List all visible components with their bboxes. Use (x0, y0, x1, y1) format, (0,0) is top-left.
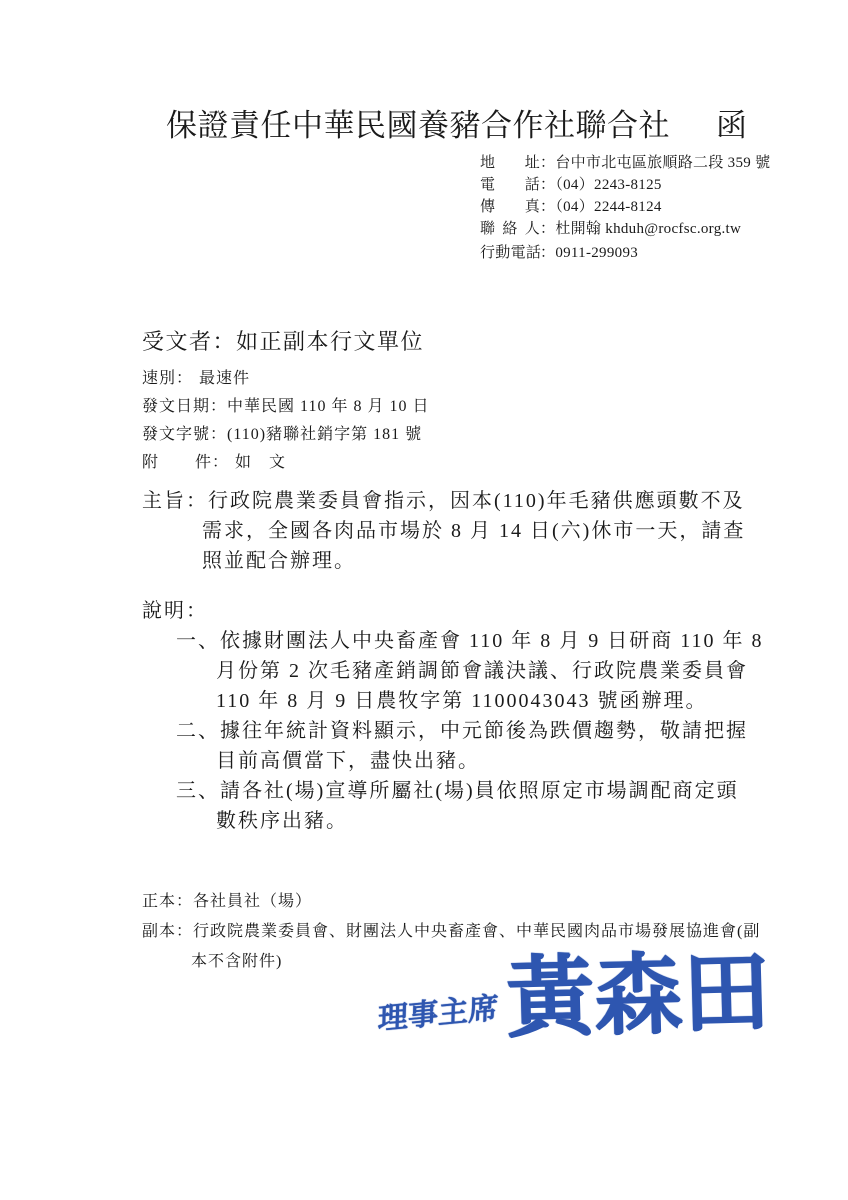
explanation-item-3: 三、請各社(場)宣導所屬社(場)員依照原定市場調配商定頭 (142, 776, 764, 806)
contact-row-person: 聯絡人：杜開翰 khduh@rocfsc.org.tw (480, 218, 770, 240)
colon: ： (176, 923, 193, 940)
contact-value: 杜開翰 khduh@rocfsc.org.tw (555, 221, 741, 237)
copies-original-value: 各社員社（場） (193, 893, 312, 910)
contact-row-mobile: 行動電話：0911-299093 (480, 242, 770, 264)
colon: ： (213, 329, 237, 354)
meta-label: 發文字號 (142, 426, 210, 443)
meta-row-attachment: 附件：如 文 (142, 449, 429, 477)
meta-value: 最速件 (199, 370, 250, 387)
signature-title: 理事主席 (377, 982, 499, 1037)
item-line: 月份第 2 次毛豬產銷調節會議決議、行政院農業委員會 (142, 656, 764, 686)
contact-row-address: 地址：台中市北屯區旅順路二段 359 號 (480, 152, 770, 174)
item-marker: 二、 (176, 720, 220, 742)
meta-value: 如 文 (235, 454, 286, 471)
recipient-value: 如正副本行文單位 (236, 329, 424, 354)
subject-line: 照並配合辦理。 (142, 546, 745, 576)
copies-original: 正本：各社員社（場） (142, 887, 760, 917)
explanation-section: 說明： 一、依據財團法人中央畜產會 110 年 8 月 9 日研商 110 年 … (142, 596, 764, 836)
item-line: 據往年統計資料顯示，中元節後為跌價趨勢，敬請把握 (220, 720, 748, 742)
colon: ： (212, 454, 229, 471)
contact-block: 地址：台中市北屯區旅順路二段 359 號 電話：（04）2243-8125 傳真… (480, 152, 770, 264)
meta-label: 發文日期 (142, 398, 210, 415)
meta-row-doc-no: 發文字號：(110)豬聯社銷字第 181 號 (142, 421, 429, 449)
meta-value: 中華民國 110 年 8 月 10 日 (227, 398, 429, 415)
meta-value: (110)豬聯社銷字第 181 號 (227, 426, 422, 443)
recipient-label: 受文者 (142, 329, 213, 354)
item-line: 目前高價當下，盡快出豬。 (142, 746, 764, 776)
item-marker: 三、 (176, 780, 220, 802)
colon: ： (540, 199, 555, 215)
colon: ： (176, 370, 193, 387)
subject-label: 主旨 (142, 490, 186, 512)
subject-line: 主旨：行政院農業委員會指示，因本(110)年毛豬供應頭數不及 (142, 486, 745, 516)
item-line: 110 年 8 月 9 日農牧字第 1100043043 號函辦理。 (142, 686, 764, 716)
letter-title: 保證責任中華民國養豬合作社聯合社函 (166, 106, 748, 146)
doc-type-label: 函 (716, 108, 748, 143)
meta-row-date: 發文日期：中華民國 110 年 8 月 10 日 (142, 393, 429, 421)
meta-block: 速別：最速件 發文日期：中華民國 110 年 8 月 10 日 發文字號：(11… (142, 365, 429, 477)
contact-label: 聯絡人 (480, 218, 540, 240)
letter-page: 保證責任中華民國養豬合作社聯合社函 地址：台中市北屯區旅順路二段 359 號 電… (0, 0, 848, 1200)
item-line: 請各社(場)宣導所屬社(場)員依照原定市場調配商定頭 (220, 780, 739, 802)
colon: ： (540, 245, 555, 261)
contact-row-phone: 電話：（04）2243-8125 (480, 174, 770, 196)
meta-label: 附件 (142, 449, 212, 477)
colon: ： (540, 155, 555, 171)
colon: ： (186, 490, 208, 512)
subject-section: 主旨：行政院農業委員會指示，因本(110)年毛豬供應頭數不及 需求，全國各肉品市… (142, 486, 745, 576)
contact-value: 0911-299093 (555, 245, 638, 261)
item-marker: 一、 (176, 630, 220, 652)
explanation-label: 說明 (142, 600, 186, 622)
copies-cc-label: 副本 (142, 923, 176, 940)
colon: ： (176, 893, 193, 910)
colon: ： (210, 398, 227, 415)
meta-row-speed: 速別：最速件 (142, 365, 429, 393)
org-name: 保證責任中華民國養豬合作社聯合社 (166, 108, 670, 143)
contact-label: 電話 (480, 174, 540, 196)
explanation-item-2: 二、據往年統計資料顯示，中元節後為跌價趨勢，敬請把握 (142, 716, 764, 746)
colon: ： (186, 600, 208, 622)
signature-stamp: 理事主席 黃森田 (377, 943, 772, 1054)
contact-value: 台中市北屯區旅順路二段 359 號 (555, 155, 770, 171)
contact-label: 行動電話 (480, 242, 540, 264)
colon: ： (540, 177, 555, 193)
item-line: 依據財團法人中央畜產會 110 年 8 月 9 日研商 110 年 8 (220, 630, 764, 652)
contact-label: 傳真 (480, 196, 540, 218)
contact-row-fax: 傳真：（04）2244-8124 (480, 196, 770, 218)
subject-text: 行政院農業委員會指示，因本(110)年毛豬供應頭數不及 (208, 490, 745, 512)
contact-value: （04）2244-8124 (555, 199, 661, 215)
explanation-heading: 說明： (142, 596, 764, 626)
explanation-item-1: 一、依據財團法人中央畜產會 110 年 8 月 9 日研商 110 年 8 (142, 626, 764, 656)
contact-label: 地址 (480, 152, 540, 174)
recipient-line: 受文者：如正副本行文單位 (142, 326, 424, 358)
item-line: 數秩序出豬。 (142, 806, 764, 836)
colon: ： (210, 426, 227, 443)
copies-cc: 副本：行政院農業委員會、財團法人中央畜產會、中華民國肉品市場發展協進會(副 (142, 917, 760, 947)
copies-original-label: 正本 (142, 893, 176, 910)
meta-label: 速別 (142, 370, 176, 387)
subject-line: 需求，全國各肉品市場於 8 月 14 日(六)休市一天，請查 (142, 516, 745, 546)
contact-value: （04）2243-8125 (555, 177, 661, 193)
signature-name: 黃森田 (505, 943, 772, 1051)
copies-cc-value: 行政院農業委員會、財團法人中央畜產會、中華民國肉品市場發展協進會(副 (193, 923, 760, 940)
colon: ： (540, 221, 555, 237)
